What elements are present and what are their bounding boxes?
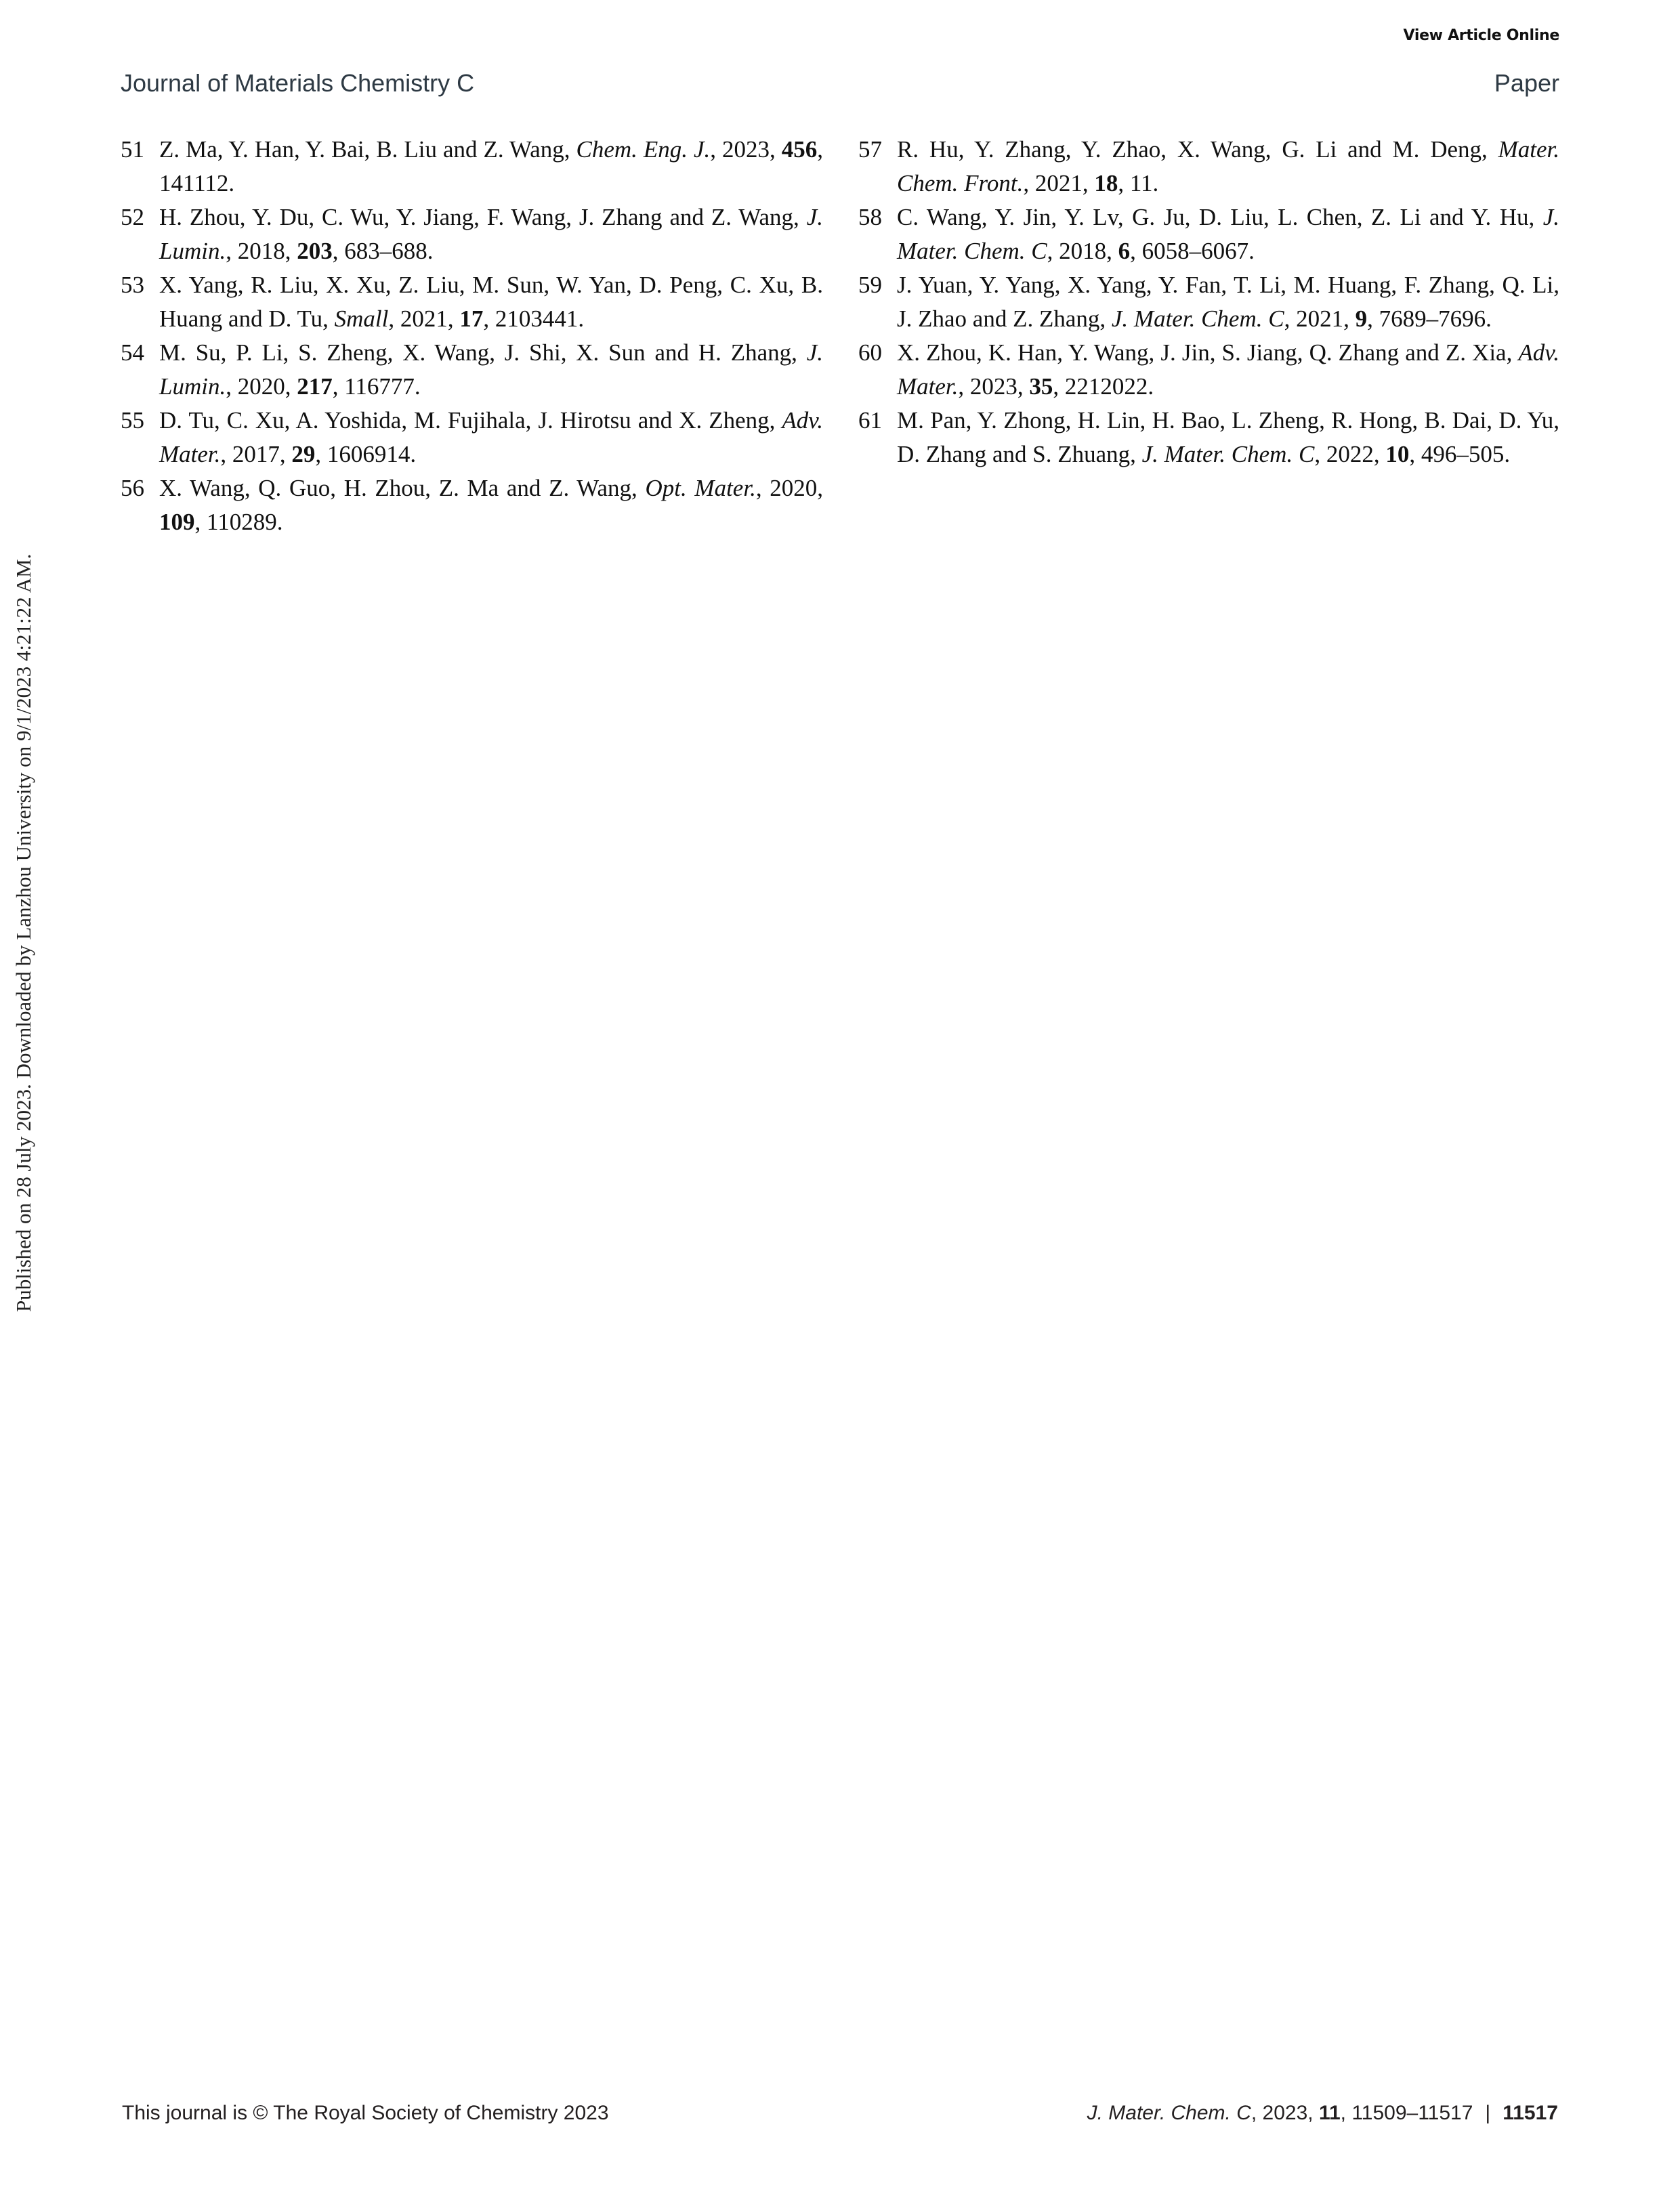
- reference-number: 59: [858, 268, 882, 302]
- article-type-label: Paper: [1494, 69, 1559, 98]
- reference-volume: 17: [459, 305, 483, 332]
- reference-authors: X. Wang, Q. Guo, H. Zhou, Z. Ma and Z. W…: [159, 475, 645, 501]
- reference-journal: Opt. Mater.: [645, 475, 755, 501]
- reference-item: 61M. Pan, Y. Zhong, H. Lin, H. Bao, L. Z…: [858, 404, 1559, 471]
- reference-volume: 217: [297, 373, 333, 400]
- reference-authors: D. Tu, C. Xu, A. Yoshida, M. Fujihala, J…: [159, 407, 782, 433]
- view-article-online-link[interactable]: View Article Online: [1403, 27, 1559, 44]
- reference-authors: M. Su, P. Li, S. Zheng, X. Wang, J. Shi,…: [159, 339, 807, 366]
- reference-pages: , 2103441.: [483, 305, 584, 332]
- reference-year: , 2020,: [226, 373, 297, 400]
- references-left-column: 51Z. Ma, Y. Han, Y. Bai, B. Liu and Z. W…: [121, 133, 823, 539]
- reference-number: 58: [858, 200, 882, 234]
- reference-item: 52H. Zhou, Y. Du, C. Wu, Y. Jiang, F. Wa…: [121, 200, 823, 268]
- reference-number: 52: [121, 200, 144, 234]
- reference-authors: H. Zhou, Y. Du, C. Wu, Y. Jiang, F. Wang…: [159, 204, 807, 230]
- page-footer: This journal is © The Royal Society of C…: [122, 2102, 1558, 2132]
- reference-volume: 29: [291, 441, 315, 467]
- reference-year: , 2023,: [710, 136, 781, 163]
- reference-number: 53: [121, 268, 144, 302]
- reference-number: 56: [121, 471, 144, 505]
- reference-number: 60: [858, 336, 882, 370]
- reference-item: 53X. Yang, R. Liu, X. Xu, Z. Liu, M. Sun…: [121, 268, 823, 336]
- reference-volume: 18: [1094, 170, 1118, 196]
- reference-number: 61: [858, 404, 882, 438]
- citation-year: , 2023,: [1251, 2102, 1319, 2124]
- reference-item: 60X. Zhou, K. Han, Y. Wang, J. Jin, S. J…: [858, 336, 1559, 404]
- copyright-notice: This journal is © The Royal Society of C…: [122, 2102, 609, 2125]
- reference-journal: J. Mater. Chem. C: [1112, 305, 1284, 332]
- running-head: Journal of Materials Chemistry C Paper: [121, 69, 1559, 103]
- reference-pages: , 7689–7696.: [1367, 305, 1492, 332]
- reference-number: 57: [858, 133, 882, 167]
- reference-pages: , 683–688.: [333, 238, 434, 264]
- reference-pages: , 496–505.: [1409, 441, 1510, 467]
- reference-journal: Chem. Eng. J.: [576, 136, 710, 163]
- reference-year: , 2022,: [1314, 441, 1385, 467]
- reference-volume: 6: [1118, 238, 1131, 264]
- reference-year: , 2017,: [220, 441, 291, 467]
- reference-pages: , 6058–6067.: [1130, 238, 1255, 264]
- reference-number: 51: [121, 133, 144, 167]
- reference-journal: J. Mater. Chem. C: [1142, 441, 1315, 467]
- reference-volume: 9: [1356, 305, 1368, 332]
- journal-title: Journal of Materials Chemistry C: [121, 69, 474, 98]
- reference-year: , 2023,: [958, 373, 1029, 400]
- reference-item: 56X. Wang, Q. Guo, H. Zhou, Z. Ma and Z.…: [121, 471, 823, 539]
- reference-pages: , 110289.: [195, 509, 283, 535]
- reference-journal: Small: [335, 305, 389, 332]
- reference-number: 54: [121, 336, 144, 370]
- reference-volume: 203: [297, 238, 333, 264]
- reference-authors: R. Hu, Y. Zhang, Y. Zhao, X. Wang, G. Li…: [897, 136, 1498, 163]
- page-number: 11517: [1503, 2102, 1558, 2124]
- reference-pages: , 1606914.: [315, 441, 416, 467]
- reference-volume: 10: [1385, 441, 1409, 467]
- reference-authors: C. Wang, Y. Jin, Y. Lv, G. Ju, D. Liu, L…: [897, 204, 1543, 230]
- reference-item: 51Z. Ma, Y. Han, Y. Bai, B. Liu and Z. W…: [121, 133, 823, 200]
- reference-year: , 2021,: [1023, 170, 1094, 196]
- citation-line: J. Mater. Chem. C, 2023, 11, 11509–11517…: [1087, 2102, 1558, 2125]
- reference-volume: 456: [782, 136, 818, 163]
- reference-pages: , 116777.: [333, 373, 421, 400]
- reference-number: 55: [121, 404, 144, 438]
- reference-year: , 2020,: [756, 475, 823, 501]
- citation-volume: 11: [1319, 2102, 1341, 2124]
- reference-authors: Z. Ma, Y. Han, Y. Bai, B. Liu and Z. Wan…: [159, 136, 576, 163]
- reference-pages: , 2212022.: [1053, 373, 1154, 400]
- reference-year: , 2018,: [226, 238, 297, 264]
- reference-pages: , 11.: [1118, 170, 1158, 196]
- reference-authors: X. Zhou, K. Han, Y. Wang, J. Jin, S. Jia…: [897, 339, 1518, 366]
- reference-volume: 35: [1029, 373, 1053, 400]
- reference-item: 57R. Hu, Y. Zhang, Y. Zhao, X. Wang, G. …: [858, 133, 1559, 200]
- reference-item: 55D. Tu, C. Xu, A. Yoshida, M. Fujihala,…: [121, 404, 823, 471]
- reference-year: , 2021,: [388, 305, 459, 332]
- footer-separator: |: [1485, 2102, 1490, 2125]
- reference-year: , 2021,: [1284, 305, 1356, 332]
- reference-volume: 109: [159, 509, 195, 535]
- reference-item: 54M. Su, P. Li, S. Zheng, X. Wang, J. Sh…: [121, 336, 823, 404]
- reference-year: , 2018,: [1047, 238, 1118, 264]
- reference-item: 58C. Wang, Y. Jin, Y. Lv, G. Ju, D. Liu,…: [858, 200, 1559, 268]
- reference-item: 59J. Yuan, Y. Yang, X. Yang, Y. Fan, T. …: [858, 268, 1559, 336]
- publication-watermark: Published on 28 July 2023. Downloaded by…: [12, 479, 35, 1312]
- citation-journal: J. Mater. Chem. C: [1087, 2102, 1251, 2124]
- references-right-column: 57R. Hu, Y. Zhang, Y. Zhao, X. Wang, G. …: [858, 133, 1559, 471]
- citation-pages: , 11509–11517: [1341, 2102, 1473, 2124]
